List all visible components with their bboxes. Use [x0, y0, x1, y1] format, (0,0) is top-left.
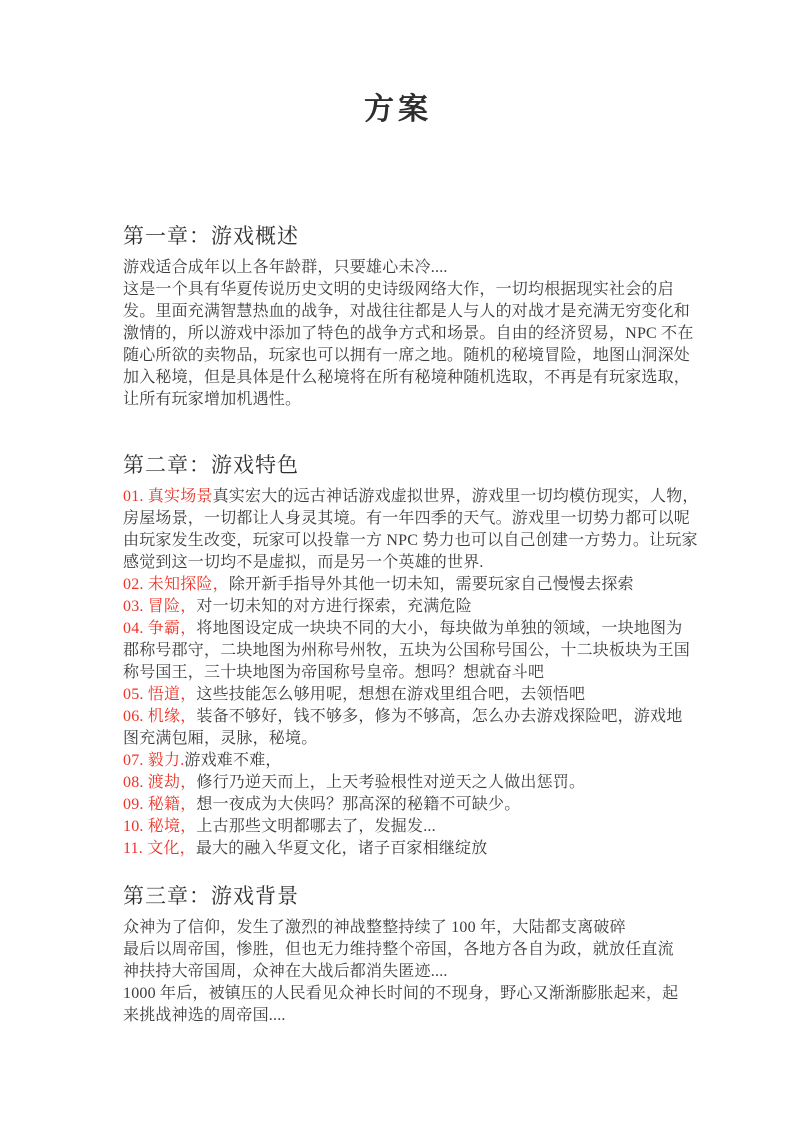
list-item-marker: 09. 秘籍， — [123, 796, 196, 813]
text-line: 1000 年后，被镇压的人民看见众神长时间的不现身，野心又渐渐膨胀起来，起 — [123, 983, 673, 1005]
list-item-marker: 01. 真实场景 — [123, 488, 213, 505]
list-item-line: 11. 文化，最大的融入华夏文化，诸子百家相继绽放 — [123, 838, 673, 860]
line-text: 感觉到这一切均不是虚拟，而是另一个英雄的世界. — [123, 554, 484, 571]
text-line: 众神为了信仰，发生了激烈的神战整整持续了 100 年，大陆都支离破碎 — [123, 917, 673, 939]
list-item-marker: 06. 机缘， — [123, 708, 196, 725]
list-item-line: 05. 悟道，这些技能怎么够用呢，想想在游戏里组合吧，去领悟吧 — [123, 684, 673, 706]
line-text: 最后以周帝国，惨胜，但也无力维持整个帝国，各地方各自为政，就放任直流 — [123, 941, 674, 958]
chapters-container: 第一章：游戏概述游戏适合成年以上各年龄群，只要雄心未冷....这是一个具有华夏传… — [123, 222, 673, 1027]
list-item-line: 06. 机缘，装备不够好，钱不够多，修为不够高，怎么办去游戏探险吧，游戏地 — [123, 706, 673, 728]
text-line: 称号国王，三十块地图为帝国称号皇帝。想吗？想就奋斗吧 — [123, 662, 673, 684]
list-item-line: 01. 真实场景真实宏大的远古神话游戏虚拟世界，游戏里一切均模仿现实，人物， — [123, 486, 673, 508]
text-line: 这是一个具有华夏传说历史文明的史诗级网络大作，一切均根据现实社会的启 — [123, 279, 673, 301]
line-text: 让所有玩家增加机遇性。 — [123, 391, 301, 408]
line-text: 修行乃逆天而上，上天考验根性对逆天之人做出惩罚。 — [196, 774, 585, 791]
line-text: 最大的融入华夏文化，诸子百家相继绽放 — [196, 840, 488, 857]
line-text: 想一夜成为大侠吗？那高深的秘籍不可缺少。 — [196, 796, 520, 813]
list-item-line: 08. 渡劫，修行乃逆天而上，上天考验根性对逆天之人做出惩罚。 — [123, 772, 673, 794]
line-text: 这些技能怎么够用呢，想想在游戏里组合吧，去领悟吧 — [196, 686, 585, 703]
text-line: 感觉到这一切均不是虚拟，而是另一个英雄的世界. — [123, 552, 673, 574]
chapter-heading: 第二章：游戏特色 — [123, 451, 673, 479]
document-page: 方案 第一章：游戏概述游戏适合成年以上各年龄群，只要雄心未冷....这是一个具有… — [0, 0, 794, 1123]
list-item-line: 07. 毅力.游戏难不难， — [123, 750, 673, 772]
text-line: 激情的，所以游戏中添加了特色的战争方式和场景。自由的经济贸易，NPC 不在 — [123, 323, 673, 345]
text-line: 神扶持大帝国周，众神在大战后都消失匿迹.... — [123, 961, 673, 983]
line-text: 由玩家发生改变，玩家可以投靠一方 NPC 势力也可以自己创建一方势力。让玩家 — [123, 532, 698, 549]
line-text: 游戏适合成年以上各年龄群，只要雄心未冷.... — [123, 259, 448, 276]
chapter-body: 01. 真实场景真实宏大的远古神话游戏虚拟世界，游戏里一切均模仿现实，人物，房屋… — [123, 486, 673, 860]
list-item-marker: 08. 渡劫， — [123, 774, 196, 791]
line-text: 激情的，所以游戏中添加了特色的战争方式和场景。自由的经济贸易，NPC 不在 — [123, 325, 694, 342]
text-line: 来挑战神选的周帝国.... — [123, 1005, 673, 1027]
list-item-line: 03. 冒险，对一切未知的对方进行探索，充满危险 — [123, 596, 673, 618]
list-item-marker: 10. 秘境， — [123, 818, 196, 835]
line-text: 随心所欲的卖物品，玩家也可以拥有一席之地。随机的秘境冒险，地图山洞深处 — [123, 347, 690, 364]
chapter-heading: 第一章：游戏概述 — [123, 222, 673, 250]
chapter-body: 游戏适合成年以上各年龄群，只要雄心未冷....这是一个具有华夏传说历史文明的史诗… — [123, 257, 673, 411]
line-text: 称号国王，三十块地图为帝国称号皇帝。想吗？想就奋斗吧 — [123, 664, 544, 681]
line-text: 除开新手指导外其他一切未知，需要玩家自己慢慢去探索 — [229, 576, 634, 593]
line-text: 将地图设定成一块块不同的大小，每块做为单独的领域，一块地图为 — [196, 620, 682, 637]
list-item-marker: 02. 未知探险， — [123, 576, 229, 593]
list-item-marker: 11. 文化， — [123, 840, 196, 857]
chapter: 第二章：游戏特色01. 真实场景真实宏大的远古神话游戏虚拟世界，游戏里一切均模仿… — [123, 451, 673, 860]
chapter-body: 众神为了信仰，发生了激烈的神战整整持续了 100 年，大陆都支离破碎最后以周帝国… — [123, 917, 673, 1027]
line-text: 装备不够好，钱不够多，修为不够高，怎么办去游戏探险吧，游戏地 — [196, 708, 682, 725]
list-item-marker: 05. 悟道， — [123, 686, 196, 703]
chapter: 第一章：游戏概述游戏适合成年以上各年龄群，只要雄心未冷....这是一个具有华夏传… — [123, 222, 673, 411]
line-text: 上古那些文明都哪去了，发掘发... — [196, 818, 435, 835]
text-line: 房屋场景，一切都让人身灵其境。有一年四季的天气。游戏里一切势力都可以呢 — [123, 508, 673, 530]
chapter-heading: 第三章：游戏背景 — [123, 882, 673, 910]
text-line: 最后以周帝国，惨胜，但也无力维持整个帝国，各地方各自为政，就放任直流 — [123, 939, 673, 961]
list-item-line: 02. 未知探险，除开新手指导外其他一切未知，需要玩家自己慢慢去探索 — [123, 574, 673, 596]
text-line: 让所有玩家增加机遇性。 — [123, 389, 673, 411]
line-text: 图充满包厢，灵脉，秘境。 — [123, 730, 317, 747]
line-text: 加入秘境，但是具体是什么秘境将在所有秘境种随机选取，不再是有玩家选取， — [123, 369, 690, 386]
list-item-line: 09. 秘籍，想一夜成为大侠吗？那高深的秘籍不可缺少。 — [123, 794, 673, 816]
chapter: 第三章：游戏背景众神为了信仰，发生了激烈的神战整整持续了 100 年，大陆都支离… — [123, 882, 673, 1027]
list-item-marker: 04. 争霸， — [123, 620, 196, 637]
line-text: 发。里面充满智慧热血的战争，对战往往都是人与人的对战才是充满无穷变化和 — [123, 303, 690, 320]
line-text: 这是一个具有华夏传说历史文明的史诗级网络大作，一切均根据现实社会的启 — [123, 281, 674, 298]
text-line: 加入秘境，但是具体是什么秘境将在所有秘境种随机选取，不再是有玩家选取， — [123, 367, 673, 389]
text-line: 郡称号郡守，二块地图为州称号州牧，五块为公国称号国公，十二块板块为王国 — [123, 640, 673, 662]
document-title: 方案 — [123, 92, 673, 128]
line-text: 游戏难不难， — [184, 752, 281, 769]
list-item-marker: 03. 冒险， — [123, 598, 196, 615]
line-text: 神扶持大帝国周，众神在大战后都消失匿迹.... — [123, 963, 448, 980]
text-line: 随心所欲的卖物品，玩家也可以拥有一席之地。随机的秘境冒险，地图山洞深处 — [123, 345, 673, 367]
text-line: 游戏适合成年以上各年龄群，只要雄心未冷.... — [123, 257, 673, 279]
line-text: 对一切未知的对方进行探索，充满危险 — [196, 598, 471, 615]
list-item-marker: 07. 毅力. — [123, 752, 184, 769]
line-text: 房屋场景，一切都让人身灵其境。有一年四季的天气。游戏里一切势力都可以呢 — [123, 510, 690, 527]
line-text: 郡称号郡守，二块地图为州称号州牧，五块为公国称号国公，十二块板块为王国 — [123, 642, 690, 659]
list-item-line: 10. 秘境，上古那些文明都哪去了，发掘发... — [123, 816, 673, 838]
line-text: 众神为了信仰，发生了激烈的神战整整持续了 100 年，大陆都支离破碎 — [123, 919, 626, 936]
line-text: 真实宏大的远古神话游戏虚拟世界，游戏里一切均模仿现实，人物， — [213, 488, 699, 505]
list-item-line: 04. 争霸，将地图设定成一块块不同的大小，每块做为单独的领域，一块地图为 — [123, 618, 673, 640]
line-text: 来挑战神选的周帝国.... — [123, 1007, 286, 1024]
line-text: 1000 年后，被镇压的人民看见众神长时间的不现身，野心又渐渐膨胀起来，起 — [123, 985, 678, 1002]
text-line: 图充满包厢，灵脉，秘境。 — [123, 728, 673, 750]
text-line: 由玩家发生改变，玩家可以投靠一方 NPC 势力也可以自己创建一方势力。让玩家 — [123, 530, 673, 552]
text-line: 发。里面充满智慧热血的战争，对战往往都是人与人的对战才是充满无穷变化和 — [123, 301, 673, 323]
